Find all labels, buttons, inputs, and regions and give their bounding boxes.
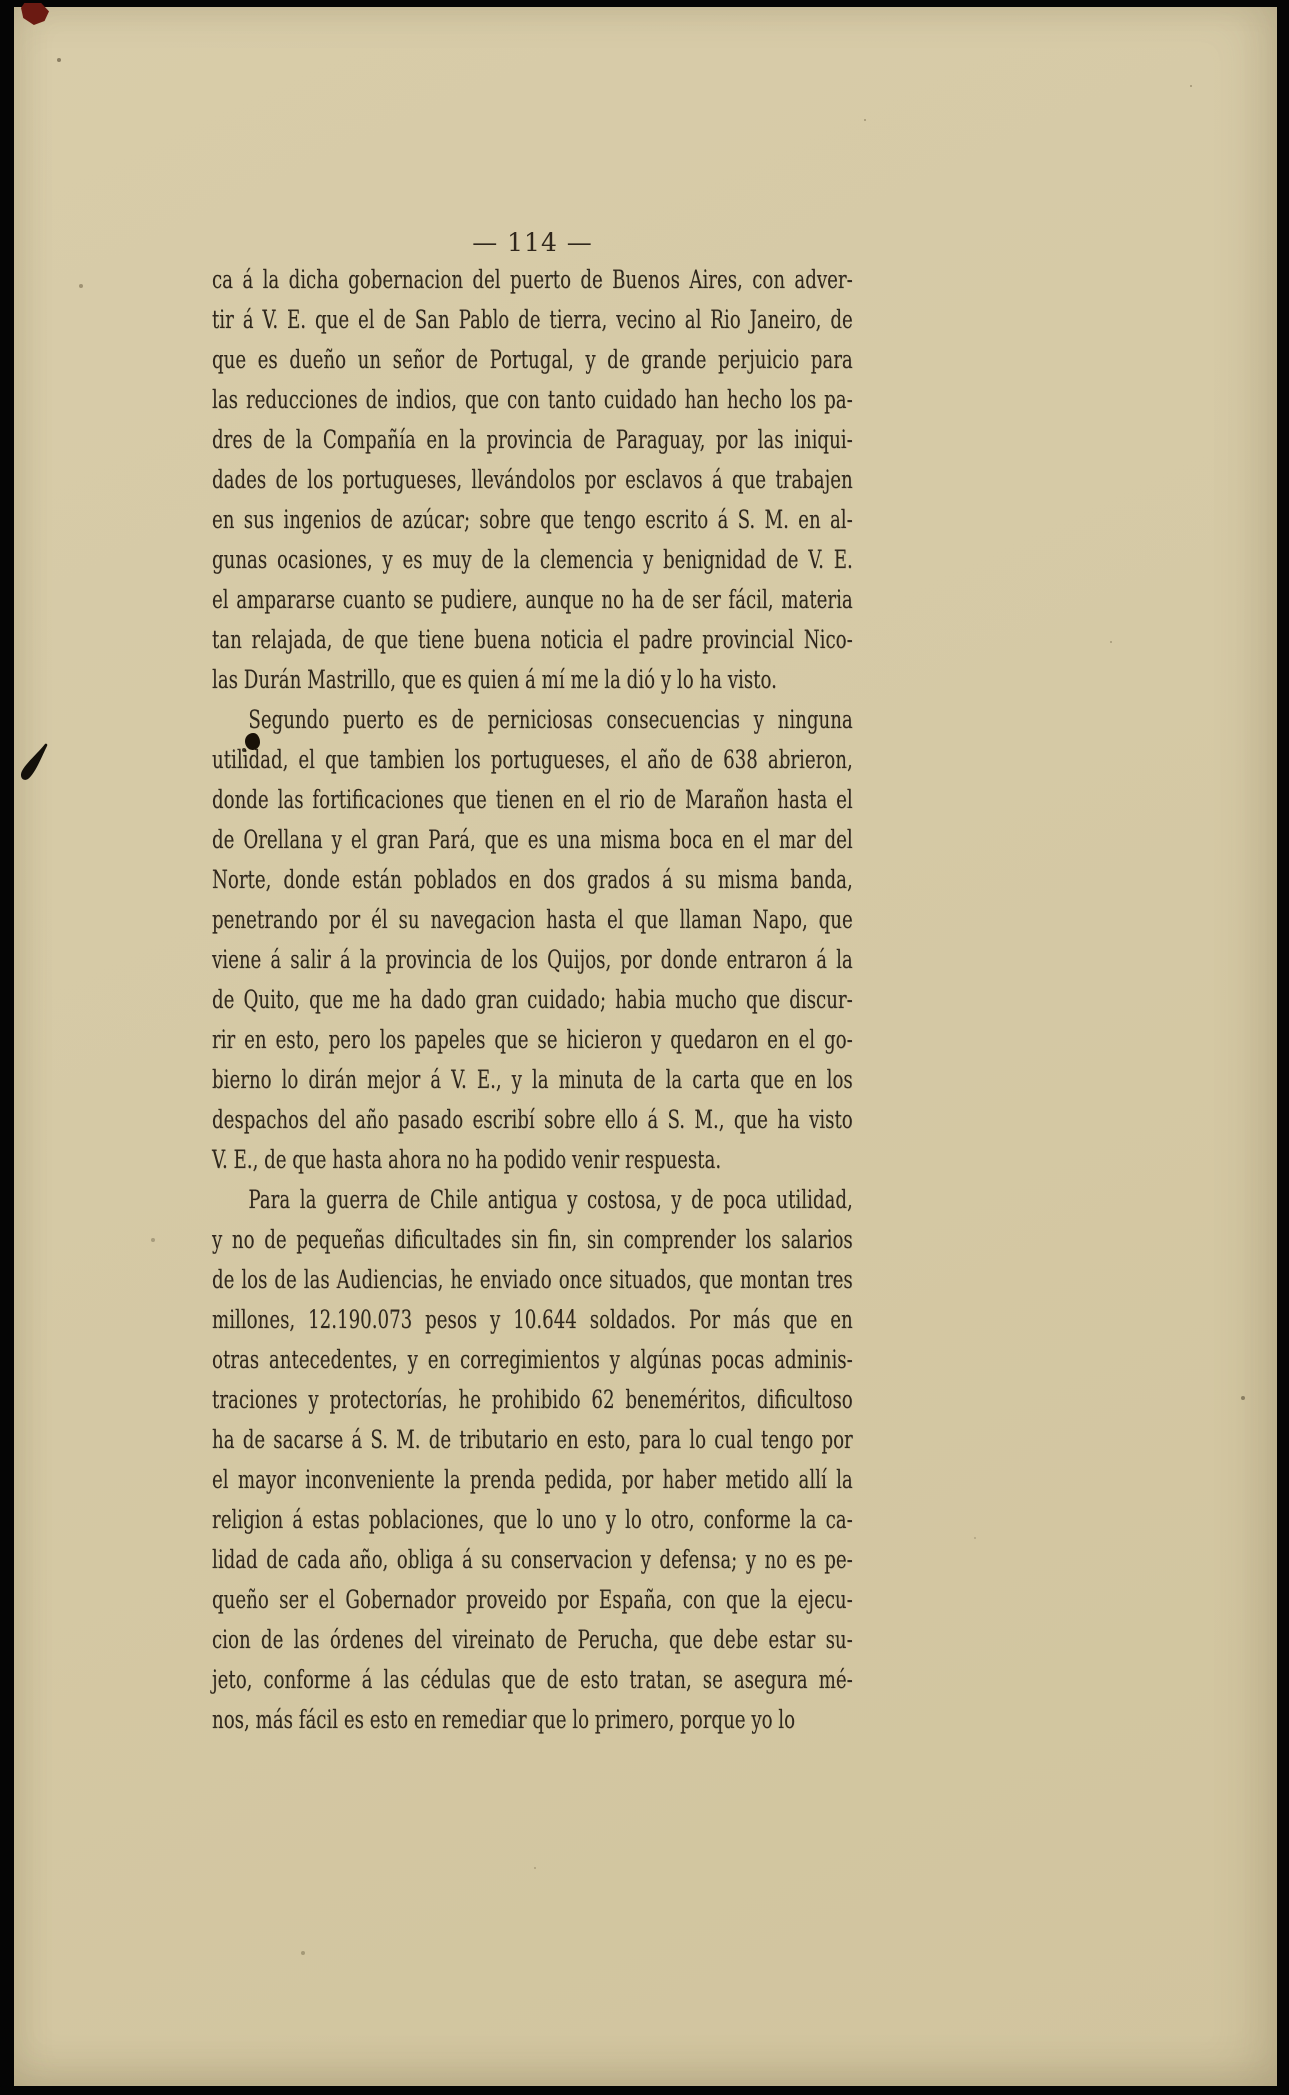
- text-line: y no de pequeñas dificultades sin fin, s…: [212, 1220, 853, 1260]
- margin-pen-stroke: [16, 743, 50, 783]
- text-line: Para la guerra de Chile antigua y costos…: [212, 1180, 853, 1220]
- text-line: despachos del año pasado escribí sobre e…: [212, 1100, 853, 1140]
- pen-stroke-shape: [16, 743, 50, 783]
- text-line: lidad de cada año, obliga á su conservac…: [212, 1540, 853, 1580]
- page-text: ca á la dicha gobernacion del puerto de …: [212, 260, 853, 1740]
- text-line: gunas ocasiones, y es muy de la clemenci…: [212, 540, 853, 580]
- paper-specks: [14, 7, 16, 9]
- text-line: de los de las Audiencias, he enviado onc…: [212, 1260, 853, 1300]
- text-line: de Orellana y el gran Pará, que es una m…: [212, 820, 853, 860]
- text-line: tan relajada, de que tiene buena noticia…: [212, 620, 853, 660]
- text-line: de Quito, que me ha dado gran cuidado; h…: [212, 980, 853, 1020]
- text-line: dres de la Compañía en la provincia de P…: [212, 420, 853, 460]
- text-line: ha de sacarse á S. M. de tributario en e…: [212, 1420, 853, 1460]
- text-line: nos, más fácil es esto en remediar que l…: [212, 1700, 853, 1740]
- text-line: tir á V. E. que el de San Pablo de tierr…: [212, 300, 853, 340]
- red-corner-mark: [21, 3, 49, 25]
- paragraph: ca á la dicha gobernacion del puerto de …: [212, 260, 853, 700]
- text-line: las reducciones de indios, que con tanto…: [212, 380, 853, 420]
- text-line: donde las fortificaciones que tienen en …: [212, 780, 853, 820]
- page-number: — 114 —: [212, 229, 853, 257]
- text-line: otras antecedentes, y en corregimientos …: [212, 1340, 853, 1380]
- text-line: millones, 12.190.073 pesos y 10.644 sold…: [212, 1300, 853, 1340]
- text-line: las Durán Mastrillo, que es quien á mí m…: [212, 660, 853, 700]
- text-line: bierno lo dirán mejor á V. E., y la minu…: [212, 1060, 853, 1100]
- text-line: que es dueño un señor de Portugal, y de …: [212, 340, 853, 380]
- text-line: V. E., de que hasta ahora no ha podido v…: [212, 1140, 853, 1180]
- text-line: viene á salir á la provincia de los Quij…: [212, 940, 853, 980]
- text-line: jeto, conforme á las cédulas que de esto…: [212, 1660, 853, 1700]
- ink-blot: [245, 733, 260, 750]
- text-line: Segundo puerto es de perniciosas consecu…: [212, 700, 853, 740]
- text-line: dades de los portugueses, llevándolos po…: [212, 460, 853, 500]
- text-line: traciones y protectorías, he prohibido 6…: [212, 1380, 853, 1420]
- text-line: cion de las órdenes del vireinato de Per…: [212, 1620, 853, 1660]
- text-line: religion á estas poblaciones, que lo uno…: [212, 1500, 853, 1540]
- text-line: queño ser el Gobernador proveido por Esp…: [212, 1580, 853, 1620]
- paragraph: Para la guerra de Chile antigua y costos…: [212, 1180, 853, 1740]
- text-line: el mayor inconveniente la prenda pedida,…: [212, 1460, 853, 1500]
- book-page: — 114 — ca á la dicha gobernacion del pu…: [14, 7, 1277, 2086]
- text-line: el ampararse cuanto se pudiere, aunque n…: [212, 580, 853, 620]
- text-line: rir en esto, pero los papeles que se hic…: [212, 1020, 853, 1060]
- text-line: ca á la dicha gobernacion del puerto de …: [212, 260, 853, 300]
- text-line: utilidad, el que tambien los portugueses…: [212, 740, 853, 780]
- paragraph: Segundo puerto es de perniciosas consecu…: [212, 700, 853, 1180]
- text-line: penetrando por él su navegacion hasta el…: [212, 900, 853, 940]
- text-line: Norte, donde están poblados en dos grado…: [212, 860, 853, 900]
- text-line: en sus ingenios de azúcar; sobre que ten…: [212, 500, 853, 540]
